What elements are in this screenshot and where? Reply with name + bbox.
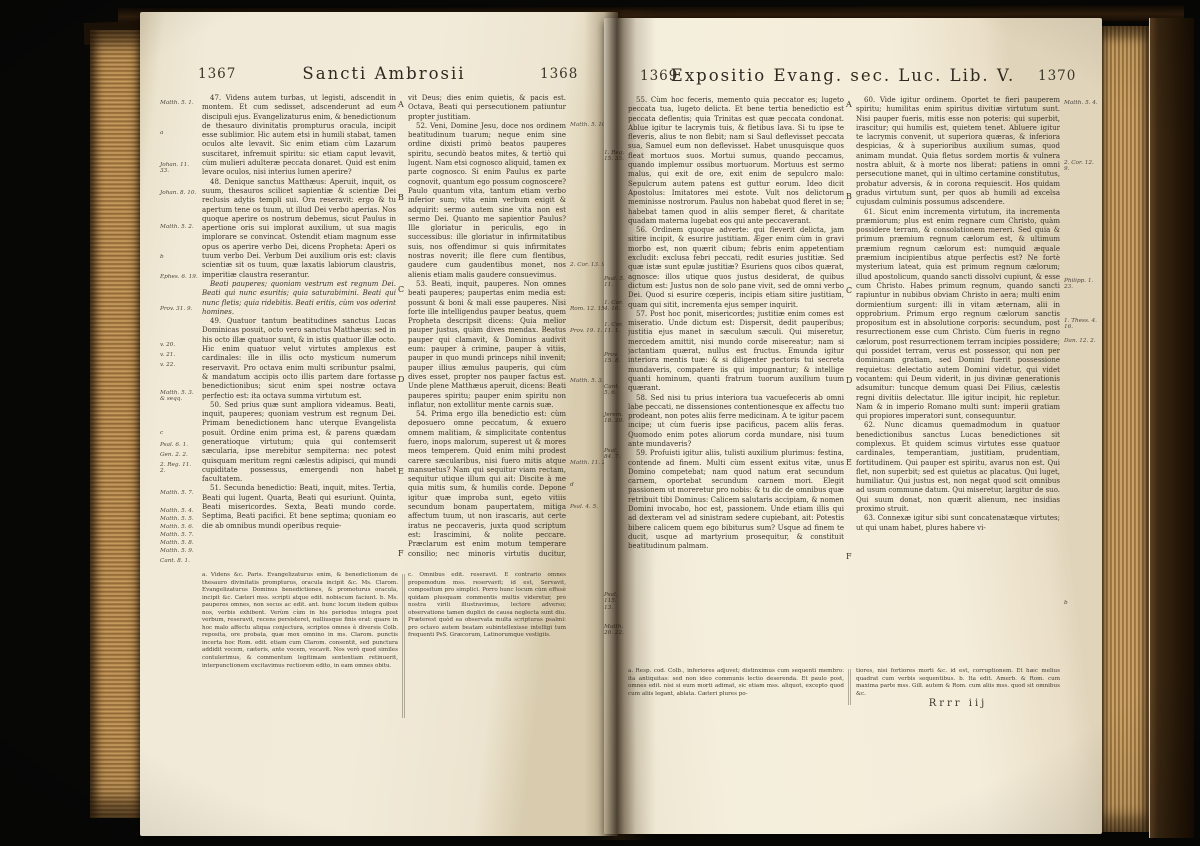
- margin-note: Matth. 20. 22.: [604, 624, 626, 637]
- margin-note: Psal. 6. 1.: [160, 442, 198, 448]
- left-page-stack-edge: [90, 30, 142, 818]
- margin-note: a: [160, 130, 198, 136]
- margin-note: Psal. 5. 11.: [604, 276, 626, 289]
- column-letter: A: [846, 100, 852, 109]
- paragraph: 55. Cùm hoc feceris, memento quia peccat…: [628, 96, 844, 226]
- right-page-stack-edge: [1100, 26, 1150, 832]
- column-letter: E: [398, 467, 404, 476]
- footnote-column-1: a. Videns &c. Paris. Evangelizaturus eni…: [202, 572, 398, 720]
- margin-note: v. 21.: [160, 352, 198, 358]
- column-letter: F: [846, 552, 852, 561]
- margin-note: Matth. 5. 2.: [160, 224, 198, 230]
- margin-note: Ephes. 6. 19.: [160, 274, 198, 280]
- column-letter: B: [846, 192, 852, 201]
- margin-note: Johan. 11. 33.: [160, 162, 198, 175]
- column-letter: D: [398, 375, 404, 384]
- outer-margin-notes: Matth. 5. 4.2. Cor. 12. 9.Philipp. 1. 23…: [1064, 18, 1100, 834]
- paragraph: 60. Vide igitur ordinem. Oportet te fier…: [856, 96, 1060, 208]
- margin-note: Johan. 8. 10.: [160, 190, 198, 196]
- paragraph: 54. Prima ergo illa benedictio est: cùm …: [408, 410, 566, 558]
- margin-note: Cant. 8. 1.: [160, 558, 198, 564]
- margin-note: b: [1064, 600, 1100, 606]
- text-column-1: 47. Videns autem turbas, ut legisti, ads…: [202, 94, 396, 558]
- margin-note: Matth. 5. 1.: [160, 100, 198, 106]
- margin-note: 1. Cor. 11. 1.: [604, 322, 626, 335]
- paragraph: 63. Connexæ igitur sibi sunt concatenatæ…: [856, 514, 1060, 533]
- margin-note: v. 22.: [160, 362, 198, 368]
- text-column-2: 60. Vide igitur ordinem. Oportet te fier…: [856, 96, 1060, 662]
- text-column-2: vit Deus; dies enim quietis, & pacis est…: [408, 94, 566, 558]
- footnote-divider: [402, 574, 405, 718]
- paragraph: 47. Videns autem turbas, ut legisti, ads…: [202, 94, 396, 178]
- paragraph: 50. Sed prius quæ sunt ampliora videamus…: [202, 401, 396, 485]
- section-letter-column: ABCDEF: [846, 18, 856, 834]
- margin-note: Matth. 5. 4.: [160, 508, 198, 514]
- column-letter: F: [398, 549, 404, 558]
- column-letter: A: [398, 100, 404, 109]
- margin-note: Prov. 31. 9.: [160, 306, 198, 312]
- column-letter: B: [398, 193, 404, 202]
- book-cover-right-board: [1149, 18, 1194, 838]
- column-letter: C: [398, 285, 404, 294]
- margin-note: Psal. 84. 7.: [604, 448, 626, 461]
- margin-note: Matth. 5. 7.: [160, 490, 198, 496]
- photo-stage: 1367 Sancti Ambrosii 1368 47. Videns aut…: [0, 0, 1200, 846]
- margin-note: Psal. 115. 13.: [604, 592, 626, 611]
- margin-note: Matth. 5. 8.: [160, 540, 198, 546]
- margin-note: Matth. 5. 4.: [1064, 100, 1100, 106]
- column-letter: D: [846, 376, 852, 385]
- margin-note: Philipp. 1. 23.: [1064, 278, 1100, 291]
- paragraph: 56. Ordinem quoque adverte: qui fleverit…: [628, 226, 844, 310]
- margin-note: 1. Thess. 4. 16.: [1064, 318, 1100, 331]
- margin-note: Cant. 5. 6.: [604, 384, 626, 397]
- margin-note: Prov. 15. 8.: [604, 352, 626, 365]
- footnote-column-1: a. Resp. cod. Colb., inferiores adjuvet;…: [628, 668, 844, 706]
- running-title-left: Sancti Ambrosii: [200, 64, 568, 83]
- outer-margin-notes: Matth. 5. 1.aJohan. 11. 33.Johan. 8. 10.…: [160, 12, 198, 836]
- margin-note: b: [160, 254, 198, 260]
- margin-note: Jerem. 18. 20.: [604, 412, 626, 425]
- margin-note: 2. Reg. 11. 2.: [160, 462, 198, 475]
- margin-note: 1. Reg. 15. 35.: [604, 150, 626, 163]
- margin-note: Matth. 5. 6.: [160, 524, 198, 530]
- signature-mark: Rrrr iij: [856, 698, 1060, 709]
- paragraph: 53. Beati, inquit, pauperes. Non omnes b…: [408, 280, 566, 410]
- paragraph: 51. Secunda benedictio: Beati, inquit, m…: [202, 484, 396, 530]
- inner-margin-notes: 1. Reg. 15. 35.Psal. 5. 11.1. Cor. 4. 16…: [604, 18, 626, 834]
- right-page: 1369 Expositio Evang. sec. Luc. Lib. V. …: [604, 18, 1102, 834]
- margin-note: Dan. 12. 2.: [1064, 338, 1100, 344]
- margin-note: Gen. 2. 2.: [160, 452, 198, 458]
- paragraph: 57. Post hoc ponit, misericordes; justit…: [628, 310, 844, 394]
- margin-note: c: [160, 430, 198, 436]
- paragraph: Beati pauperes; quoniam vestrum est regn…: [202, 280, 396, 317]
- margin-note: Matth. 5. 3. & seqq.: [160, 390, 198, 403]
- left-page: 1367 Sancti Ambrosii 1368 47. Videns aut…: [140, 12, 618, 836]
- margin-note: Matth. 5. 5.: [160, 516, 198, 522]
- footnote-column-2: c. Omnibus edit. reseravit. E contrario …: [408, 572, 566, 720]
- margin-note: 1. Cor. 4. 16.: [604, 300, 626, 313]
- paragraph: 61. Sicut enim incrementa virtutum, ita …: [856, 208, 1060, 422]
- margin-note: v. 20.: [160, 342, 198, 348]
- margin-note: Matth. 5. 7.: [160, 532, 198, 538]
- paragraph: 52. Veni, Domine Jesu, doce nos ordinem …: [408, 122, 566, 280]
- paragraph: 59. Profuisti igitur aliis, tulisti auxi…: [628, 449, 844, 551]
- column-letter: C: [846, 286, 852, 295]
- paragraph: 62. Nunc dicamus quemadmodum in quatuor …: [856, 421, 1060, 514]
- margin-note: 2. Cor. 12. 9.: [1064, 160, 1100, 173]
- margin-note: Matth. 5. 9.: [160, 548, 198, 554]
- column-letter: E: [846, 458, 852, 467]
- running-title-right: Expositio Evang. sec. Luc. Lib. V.: [628, 66, 1058, 85]
- paragraph: vit Deus; dies enim quietis, & pacis est…: [408, 94, 566, 122]
- paragraph: 49. Quatuor tantum beatitudines sanctus …: [202, 317, 396, 401]
- paragraph: 48. Denique sanctus Matthæus: Aperuit, i…: [202, 178, 396, 280]
- paragraph: 58. Sed nisi tu prius interiora tua vacu…: [628, 394, 844, 450]
- text-column-1: 55. Cùm hoc feceris, memento quia peccat…: [628, 96, 844, 662]
- footnote-divider: [848, 669, 851, 705]
